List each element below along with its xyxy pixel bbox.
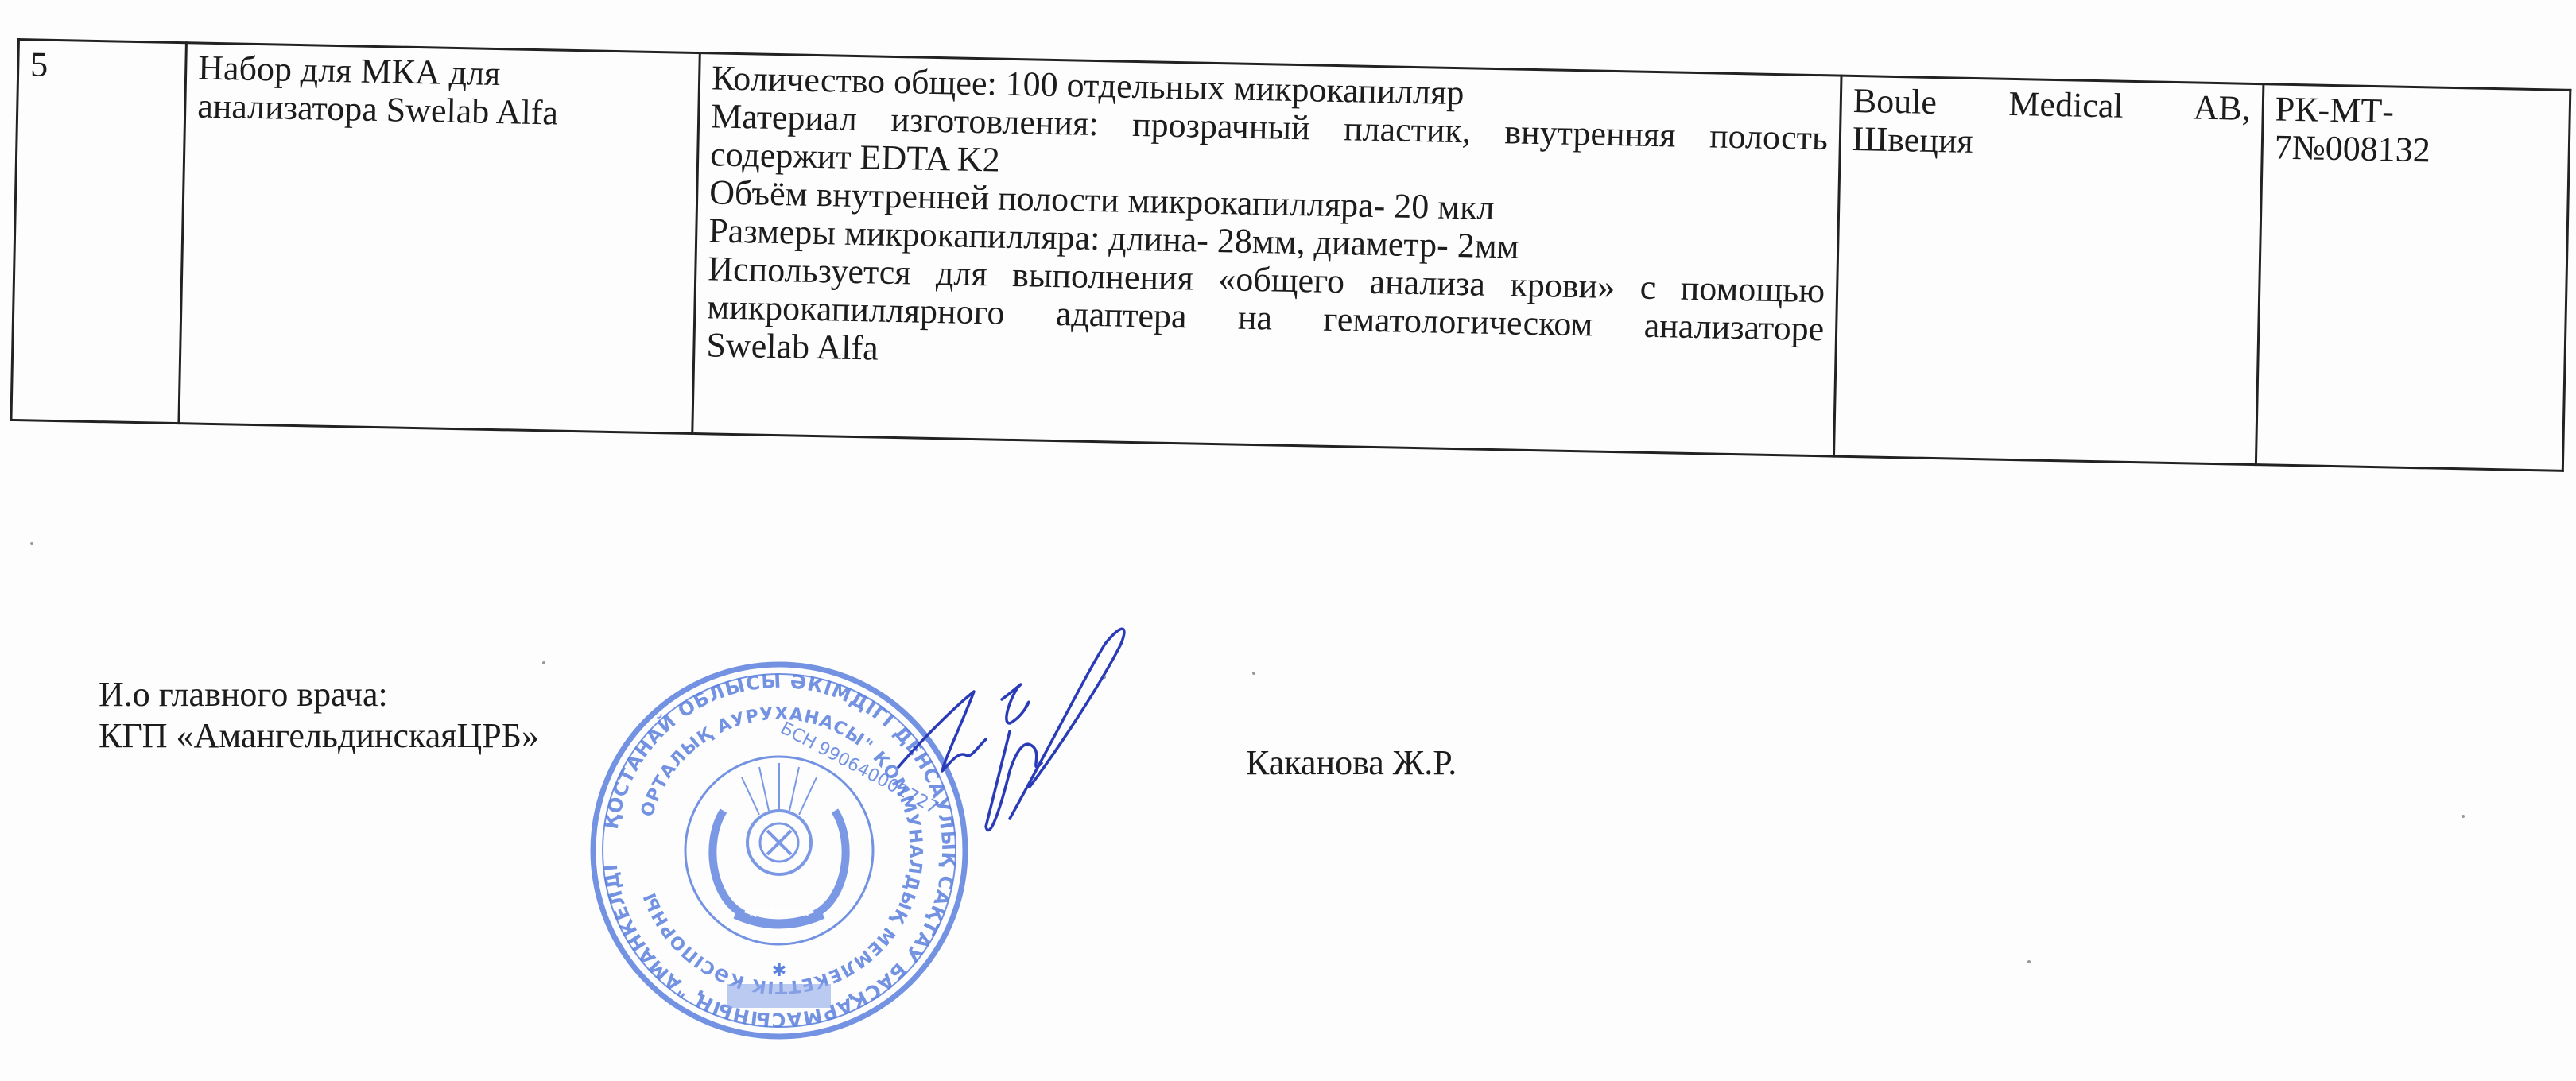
svg-text:ОРТАЛЫҚ АУРУХАНАСЫ" КОММУНАЛДЫ: ОРТАЛЫҚ АУРУХАНАСЫ" КОММУНАЛДЫҚ МЕМЛЕКЕТ… [638,704,925,997]
signer-name: Каканова Ж.Р. [1246,742,1457,784]
table-row: 5 Набор для МКА для анализатора Swelab A… [11,40,2570,471]
state-emblem-icon [712,763,845,924]
registration-number-part1: РК-МТ- [2275,91,2558,134]
stamp-inner-text: ОРТАЛЫҚ АУРУХАНАСЫ" КОММУНАЛДЫҚ МЕМЛЕКЕТ… [638,704,925,997]
signatory-position: И.о главного врача: КГП «Амангельдинская… [99,674,539,757]
registration-cell: РК-МТ- 7№008132 [2256,84,2570,471]
specification-table: 5 Набор для МКА для анализатора Swelab A… [10,38,2571,472]
scan-speck [1252,672,1255,675]
stamp-emblem-label: ҚАЗАҚСТАН [749,908,809,918]
scan-speck [2462,815,2465,818]
organization-name: КГП «АмангельдинскаяЦРБ» [99,715,539,757]
item-name-cell: Набор для МКА для анализатора Swelab Alf… [179,43,700,434]
scan-speck [1103,676,1106,679]
item-name: Набор для МКА для анализатора Swelab Alf… [197,48,559,133]
row-number-cell: 5 [11,40,186,424]
registration-number-part2: 7№008132 [2274,129,2557,172]
scan-speck [2027,960,2031,963]
manufacturer-cell: Boule Medical AB, Швеция [1833,76,2263,464]
handwritten-signature-icon [890,612,1177,850]
manufacturer-country: Швеция [1852,120,2250,166]
scanned-document-page: 5 Набор для МКА для анализатора Swelab A… [0,0,2576,1081]
position-title: И.о главного врача: [99,674,539,715]
scan-speck [30,542,33,545]
row-number: 5 [30,45,48,83]
item-description-cell: Количество общее: 100 отдельных микрокап… [692,53,1841,456]
scan-speck [542,661,545,664]
svg-text:✱: ✱ [772,960,786,980]
